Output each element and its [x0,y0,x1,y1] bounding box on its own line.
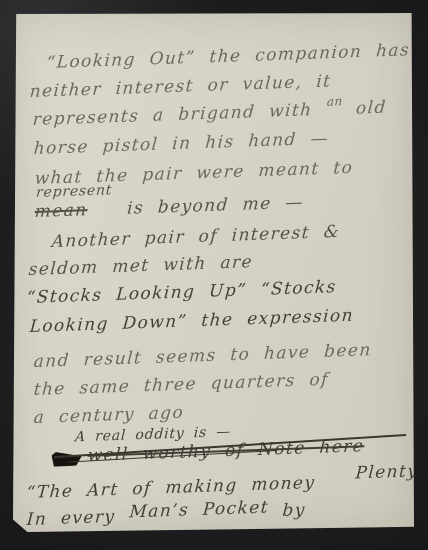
handwritten-line: “Looking Out” the companion has [46,40,411,73]
handwritten-line: the same three quarters of [33,370,330,400]
line-text: In every [26,507,116,530]
handwritten-line-corrected: A real oddity is — well worthy of Note h… [57,436,365,467]
raised-word: Plenty” [355,461,428,484]
raised-words: Man’s Pocket [129,497,270,522]
line-text: old [355,98,387,119]
photo-background: “Looking Out” the companion has neither … [0,0,428,550]
ink-blot [52,448,82,468]
handwritten-line: “The Art of making money Plenty” [26,469,428,503]
handwritten-line: Another pair of interest & [51,222,341,252]
handwritten-line: “Stocks Looking Up” “Stocks [26,277,337,308]
handwritten-line: represents a brigand with an old [32,98,387,130]
letter-paper: “Looking Out” the companion has neither … [13,13,414,532]
handwritten-line: horse pistol in his hand — [33,129,330,159]
handwritten-line: and result seems to have been [33,340,372,372]
line-text: by [282,500,307,521]
line-text: “The Art of making money [26,473,316,503]
line-text: represents a brigand with [32,100,313,130]
interlinear-insertion: an [326,94,343,109]
interlinear-insertion: represent [35,182,112,201]
handwritten-line: a century ago [33,403,185,428]
struck-word: mean [34,200,88,222]
handwritten-line: Looking Down” the expression [29,306,355,337]
line-text: is beyond me — [126,193,304,219]
handwritten-line: neither interest or value, it [29,71,332,102]
handwritten-line: represent mean is beyond me — [34,193,305,222]
handwritten-line: seldom met with are [28,252,254,280]
handwritten-line: In every Man’s Pocket by [26,500,306,530]
